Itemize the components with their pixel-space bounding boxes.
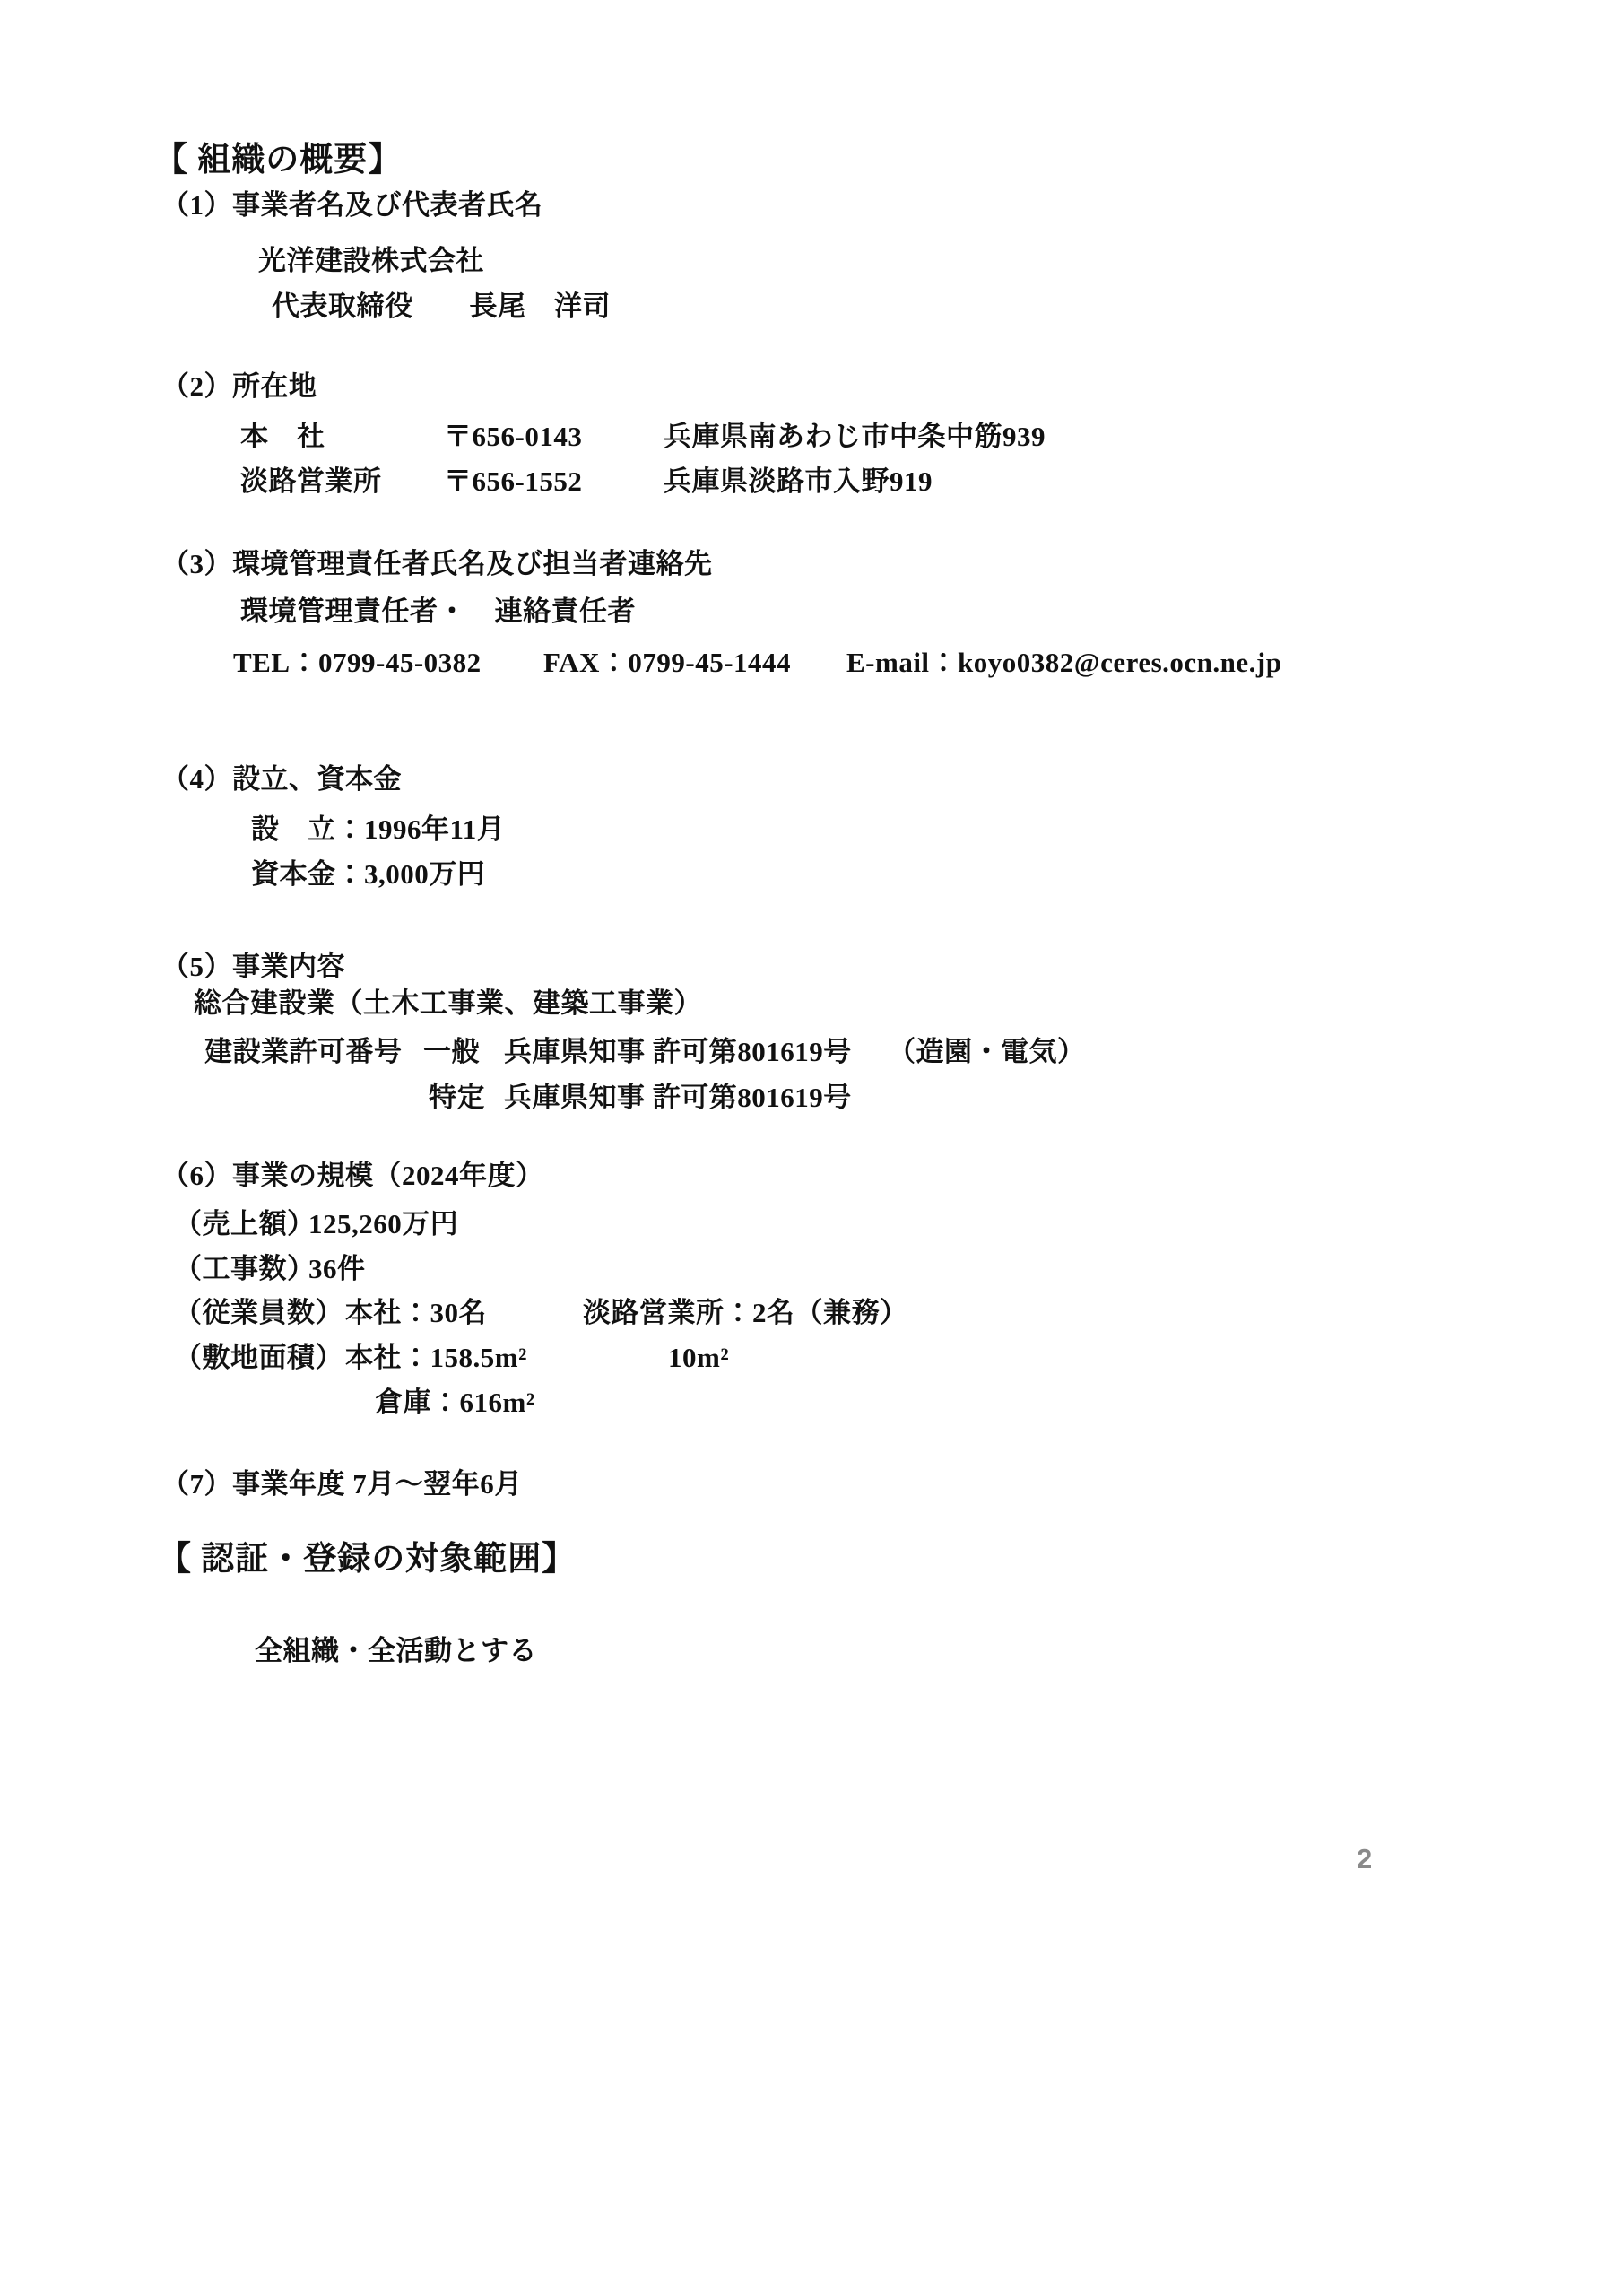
- office-row-branch-postal: 〒656-1552: [444, 465, 582, 500]
- heading-certification-scope: 【 認証・登録の対象範囲】: [158, 1539, 576, 1580]
- document-page: 【 組織の概要】 （1）事業者名及び代表者氏名 光洋建設株式会社 代表取締役 長…: [0, 0, 1623, 2296]
- site-area-warehouse: 倉庫：616m²: [375, 1386, 535, 1421]
- business-type: 総合建設業（土木工事業、建築工事業）: [194, 987, 702, 1022]
- employees-label: （従業員数）: [174, 1296, 343, 1331]
- sales-value: 125,260万円: [308, 1207, 458, 1242]
- section-7-title: （7）事業年度 7月～翌年6月: [161, 1467, 523, 1502]
- site-area-headoffice: 本社：158.5m²: [345, 1341, 527, 1376]
- license-general-number: 兵庫県知事 許可第801619号: [504, 1035, 852, 1070]
- section-4-title: （4）設立、資本金: [161, 762, 402, 797]
- projects-value: 36件: [308, 1252, 366, 1287]
- established-date: 設 立：1996年11月: [251, 813, 505, 848]
- section-1-title: （1）事業者名及び代表者氏名: [161, 188, 543, 223]
- license-general-note: （造園・電気）: [888, 1035, 1086, 1070]
- license-number-label: 建設業許可番号: [204, 1035, 403, 1070]
- capital-amount: 資本金：3,000万円: [251, 857, 485, 892]
- office-row-branch-address: 兵庫県淡路市入野919: [664, 465, 933, 500]
- site-area-label: （敷地面積）: [174, 1341, 343, 1376]
- tel-number: TEL：0799-45-0382: [233, 646, 482, 681]
- employees-headoffice: 本社：30名: [345, 1296, 487, 1331]
- company-name: 光洋建設株式会社: [258, 244, 484, 279]
- section-2-title: （2）所在地: [161, 370, 317, 404]
- fax-number: FAX：0799-45-1444: [543, 646, 791, 681]
- office-row-head-label: 本 社: [240, 420, 325, 455]
- section-6-title: （6）事業の規模（2024年度）: [161, 1159, 544, 1194]
- section-5-title: （5）事業内容: [161, 950, 345, 985]
- employees-branch: 淡路営業所：2名（兼務）: [583, 1296, 908, 1331]
- scope-statement: 全組織・全活動とする: [255, 1634, 537, 1669]
- email-address: E-mail：koyo0382@ceres.ocn.ne.jp: [846, 646, 1281, 681]
- representative-name: 代表取締役 長尾 洋司: [272, 290, 611, 325]
- license-special-number: 兵庫県知事 許可第801619号: [504, 1081, 852, 1116]
- license-special-label: 特定: [429, 1081, 485, 1116]
- heading-organization-overview: 【 組織の概要】: [154, 140, 402, 181]
- sales-label: （売上額）: [174, 1207, 316, 1242]
- office-row-branch-label: 淡路営業所: [240, 465, 382, 500]
- office-row-head-postal: 〒656-0143: [444, 420, 582, 455]
- projects-label: （工事数）: [174, 1252, 316, 1287]
- office-row-head-address: 兵庫県南あわじ市中条中筋939: [664, 420, 1046, 455]
- license-general-label: 一般: [423, 1035, 480, 1070]
- page-number: 2: [1357, 1842, 1372, 1877]
- managers-line: 環境管理責任者・ 連絡責任者: [240, 595, 636, 630]
- site-area-branch: 10m²: [668, 1341, 729, 1376]
- section-3-title: （3）環境管理責任者氏名及び担当者連絡先: [161, 547, 713, 582]
